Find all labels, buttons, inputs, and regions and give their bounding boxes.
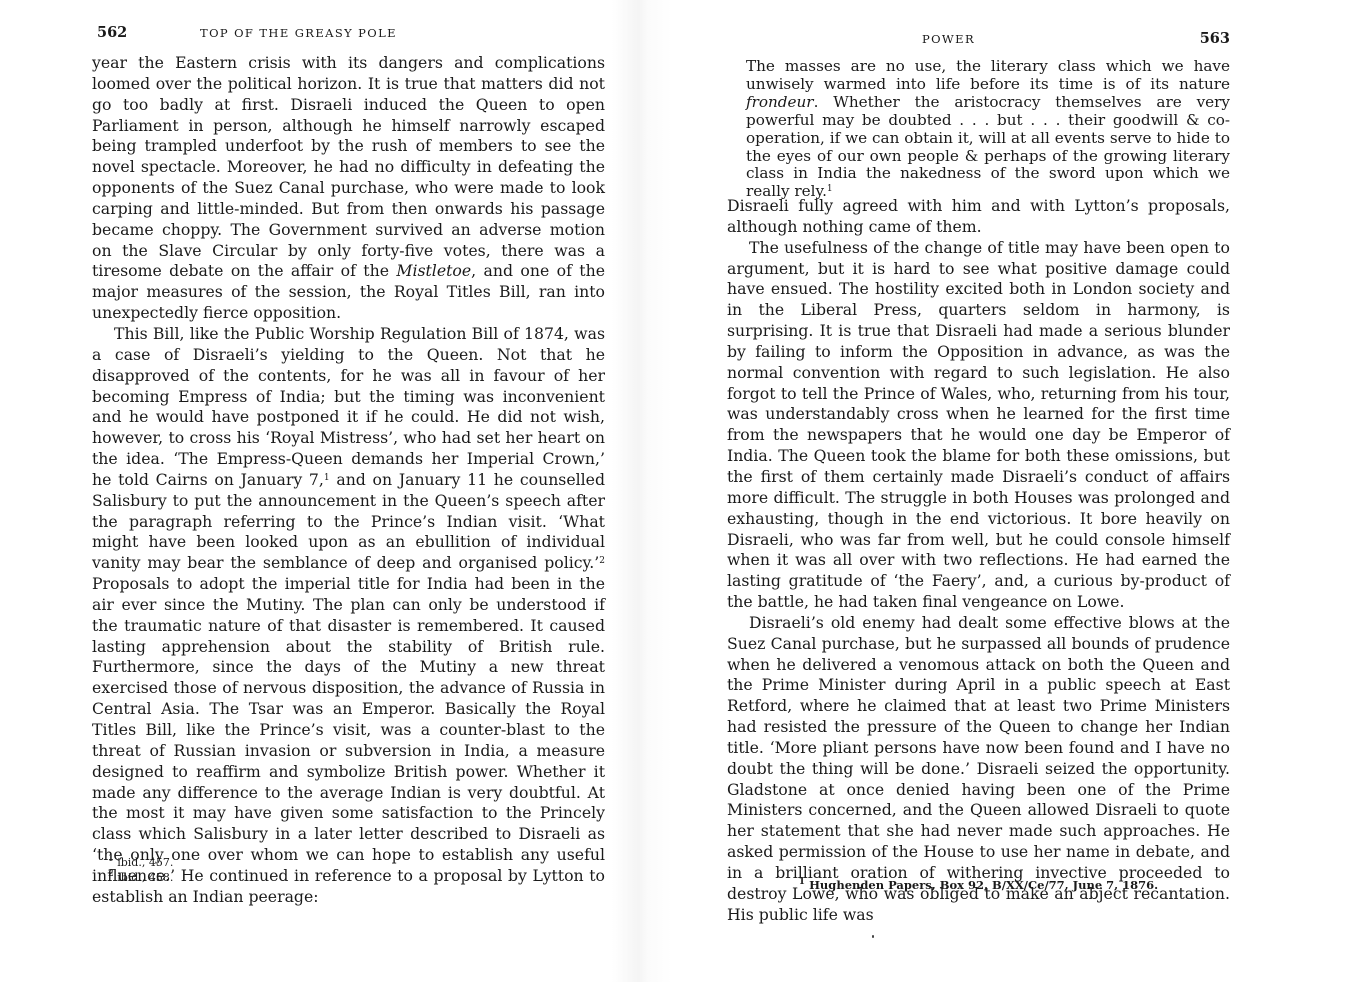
right-body-text: Disraeli fully agreed with him and with …: [727, 196, 1230, 926]
italic-text: Mistletoe: [396, 261, 471, 280]
quote-paragraph: The masses are no use, the literary clas…: [746, 58, 1230, 201]
left-running-title: TOP OF THE GREASY POLE: [102, 26, 495, 40]
left-footnotes: 1 ibid., 457. 2 ibid., 458.: [108, 856, 173, 885]
right-running-title: POWER: [747, 32, 1150, 46]
right-page-number: 563: [1200, 30, 1230, 47]
footnote-ref: 1: [827, 184, 833, 194]
footnote: 1 Hughenden Papers, Box 92, B/XX/Ce/77, …: [727, 878, 1230, 893]
paragraph: Disraeli fully agreed with him and with …: [727, 196, 1230, 238]
footnote-ref: 2: [599, 556, 605, 566]
footnote: 2 ibid., 458.: [108, 871, 173, 886]
book-spread: 562 TOP OF THE GREASY POLE year the East…: [0, 0, 1351, 982]
left-running-head: 562 TOP OF THE GREASY POLE: [92, 24, 605, 44]
text-run: . Whether the aristocracy themselves are…: [746, 93, 1230, 201]
paragraph: This Bill, like the Public Worship Regul…: [92, 324, 605, 908]
paragraph: year the Eastern crisis with its dangers…: [92, 53, 605, 324]
footnote-mark: 1: [799, 877, 805, 887]
text-run: The usefulness of the change of title ma…: [727, 238, 1230, 611]
paragraph: The usefulness of the change of title ma…: [727, 238, 1230, 613]
footnote-text: Hughenden Papers, Box 92, B/XX/Ce/77, Ju…: [809, 878, 1158, 892]
left-body-text: year the Eastern crisis with its dangers…: [92, 53, 605, 908]
italic-text: frondeur: [746, 93, 814, 111]
text-run: This Bill, like the Public Worship Regul…: [92, 324, 605, 489]
footnote-mark: 1: [108, 854, 114, 864]
footnote-text: ibid., 458.: [117, 871, 173, 884]
footnote: 1 ibid., 457.: [108, 856, 173, 871]
scan-speck: [872, 935, 874, 938]
right-running-head: POWER 563: [727, 30, 1230, 50]
text-run: year the Eastern crisis with its dangers…: [92, 53, 605, 280]
right-footnotes: 1 Hughenden Papers, Box 92, B/XX/Ce/77, …: [727, 878, 1230, 893]
footnote-text: ibid., 457.: [117, 856, 173, 869]
text-run: The masses are no use, the literary clas…: [746, 57, 1230, 93]
block-quote: The masses are no use, the literary clas…: [746, 58, 1230, 201]
footnote-mark: 2: [108, 869, 114, 879]
text-run: Disraeli fully agreed with him and with …: [727, 196, 1230, 236]
page-gutter-shadow: [612, 0, 672, 982]
